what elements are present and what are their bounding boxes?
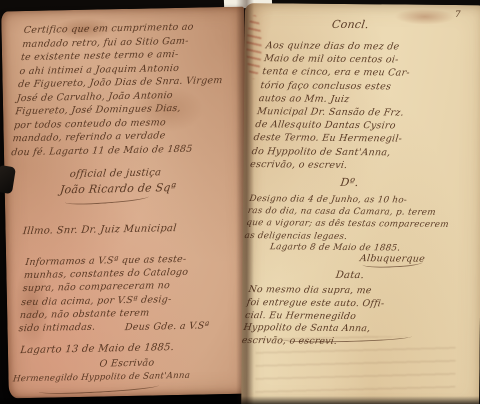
manuscript-line: tenta e cinco, era e meu Car- xyxy=(261,66,411,81)
data-heading: Data. xyxy=(335,270,365,281)
signature-flourish xyxy=(39,381,159,396)
despacho-text: Designo dia 4 de Junho, as 10 ho- ras do… xyxy=(244,193,453,244)
despacho-heading: Dº. xyxy=(340,176,360,189)
manuscript-line: No mesmo dia supra, me xyxy=(248,284,387,298)
right-page: 7 Concl. Aos quinze dias do mez de Maio … xyxy=(241,3,480,404)
page-number: 7 xyxy=(455,10,461,20)
manuscript-line: foi entregue este auto. Offi- xyxy=(246,297,385,311)
left-page: Certifico que em cumprimento ao mandado … xyxy=(1,7,252,399)
manuscript-line: tório faço conclusos estes xyxy=(260,79,410,94)
manuscript-line: deste Termo. Eu Hermenegil- xyxy=(253,132,403,147)
date-line: Lagarto 13 de Maio de 1885. xyxy=(20,342,175,356)
bottom-edge-shadow xyxy=(0,396,480,404)
clerk-signature: Hermenegildo Hyppolito de Sant'Anna xyxy=(12,371,190,385)
manuscript-photo: Certifico que em cumprimento ao mandado … xyxy=(0,0,480,404)
report-heading: Illmo. Snr. Dr. Juiz Municipal xyxy=(22,223,177,237)
manuscript-line: cial. Eu Hermenegildo xyxy=(244,310,383,324)
signature-title: O Escrivão xyxy=(99,357,155,369)
manuscript-line: do Hyppolito de Sant'Anna, xyxy=(251,145,401,160)
book-gutter-shadow xyxy=(236,0,254,404)
ink-stain xyxy=(395,8,455,25)
officer-role-line: official de justiça xyxy=(69,167,162,180)
manuscript-line: escrivão, o escrevi. xyxy=(249,158,399,173)
despacho-date: Lagarto 8 de Maio de 1885. xyxy=(269,242,401,253)
valediction: Deus Gde. a V.Sª xyxy=(124,320,210,333)
conclusao-heading: Concl. xyxy=(331,18,370,31)
conclusao-text: Aos quinze dias do mez de Maio de mil oi… xyxy=(249,39,415,172)
ink-bleed-through xyxy=(255,335,456,399)
certificate-text: Certifico que em cumprimento ao mandado … xyxy=(11,20,229,159)
